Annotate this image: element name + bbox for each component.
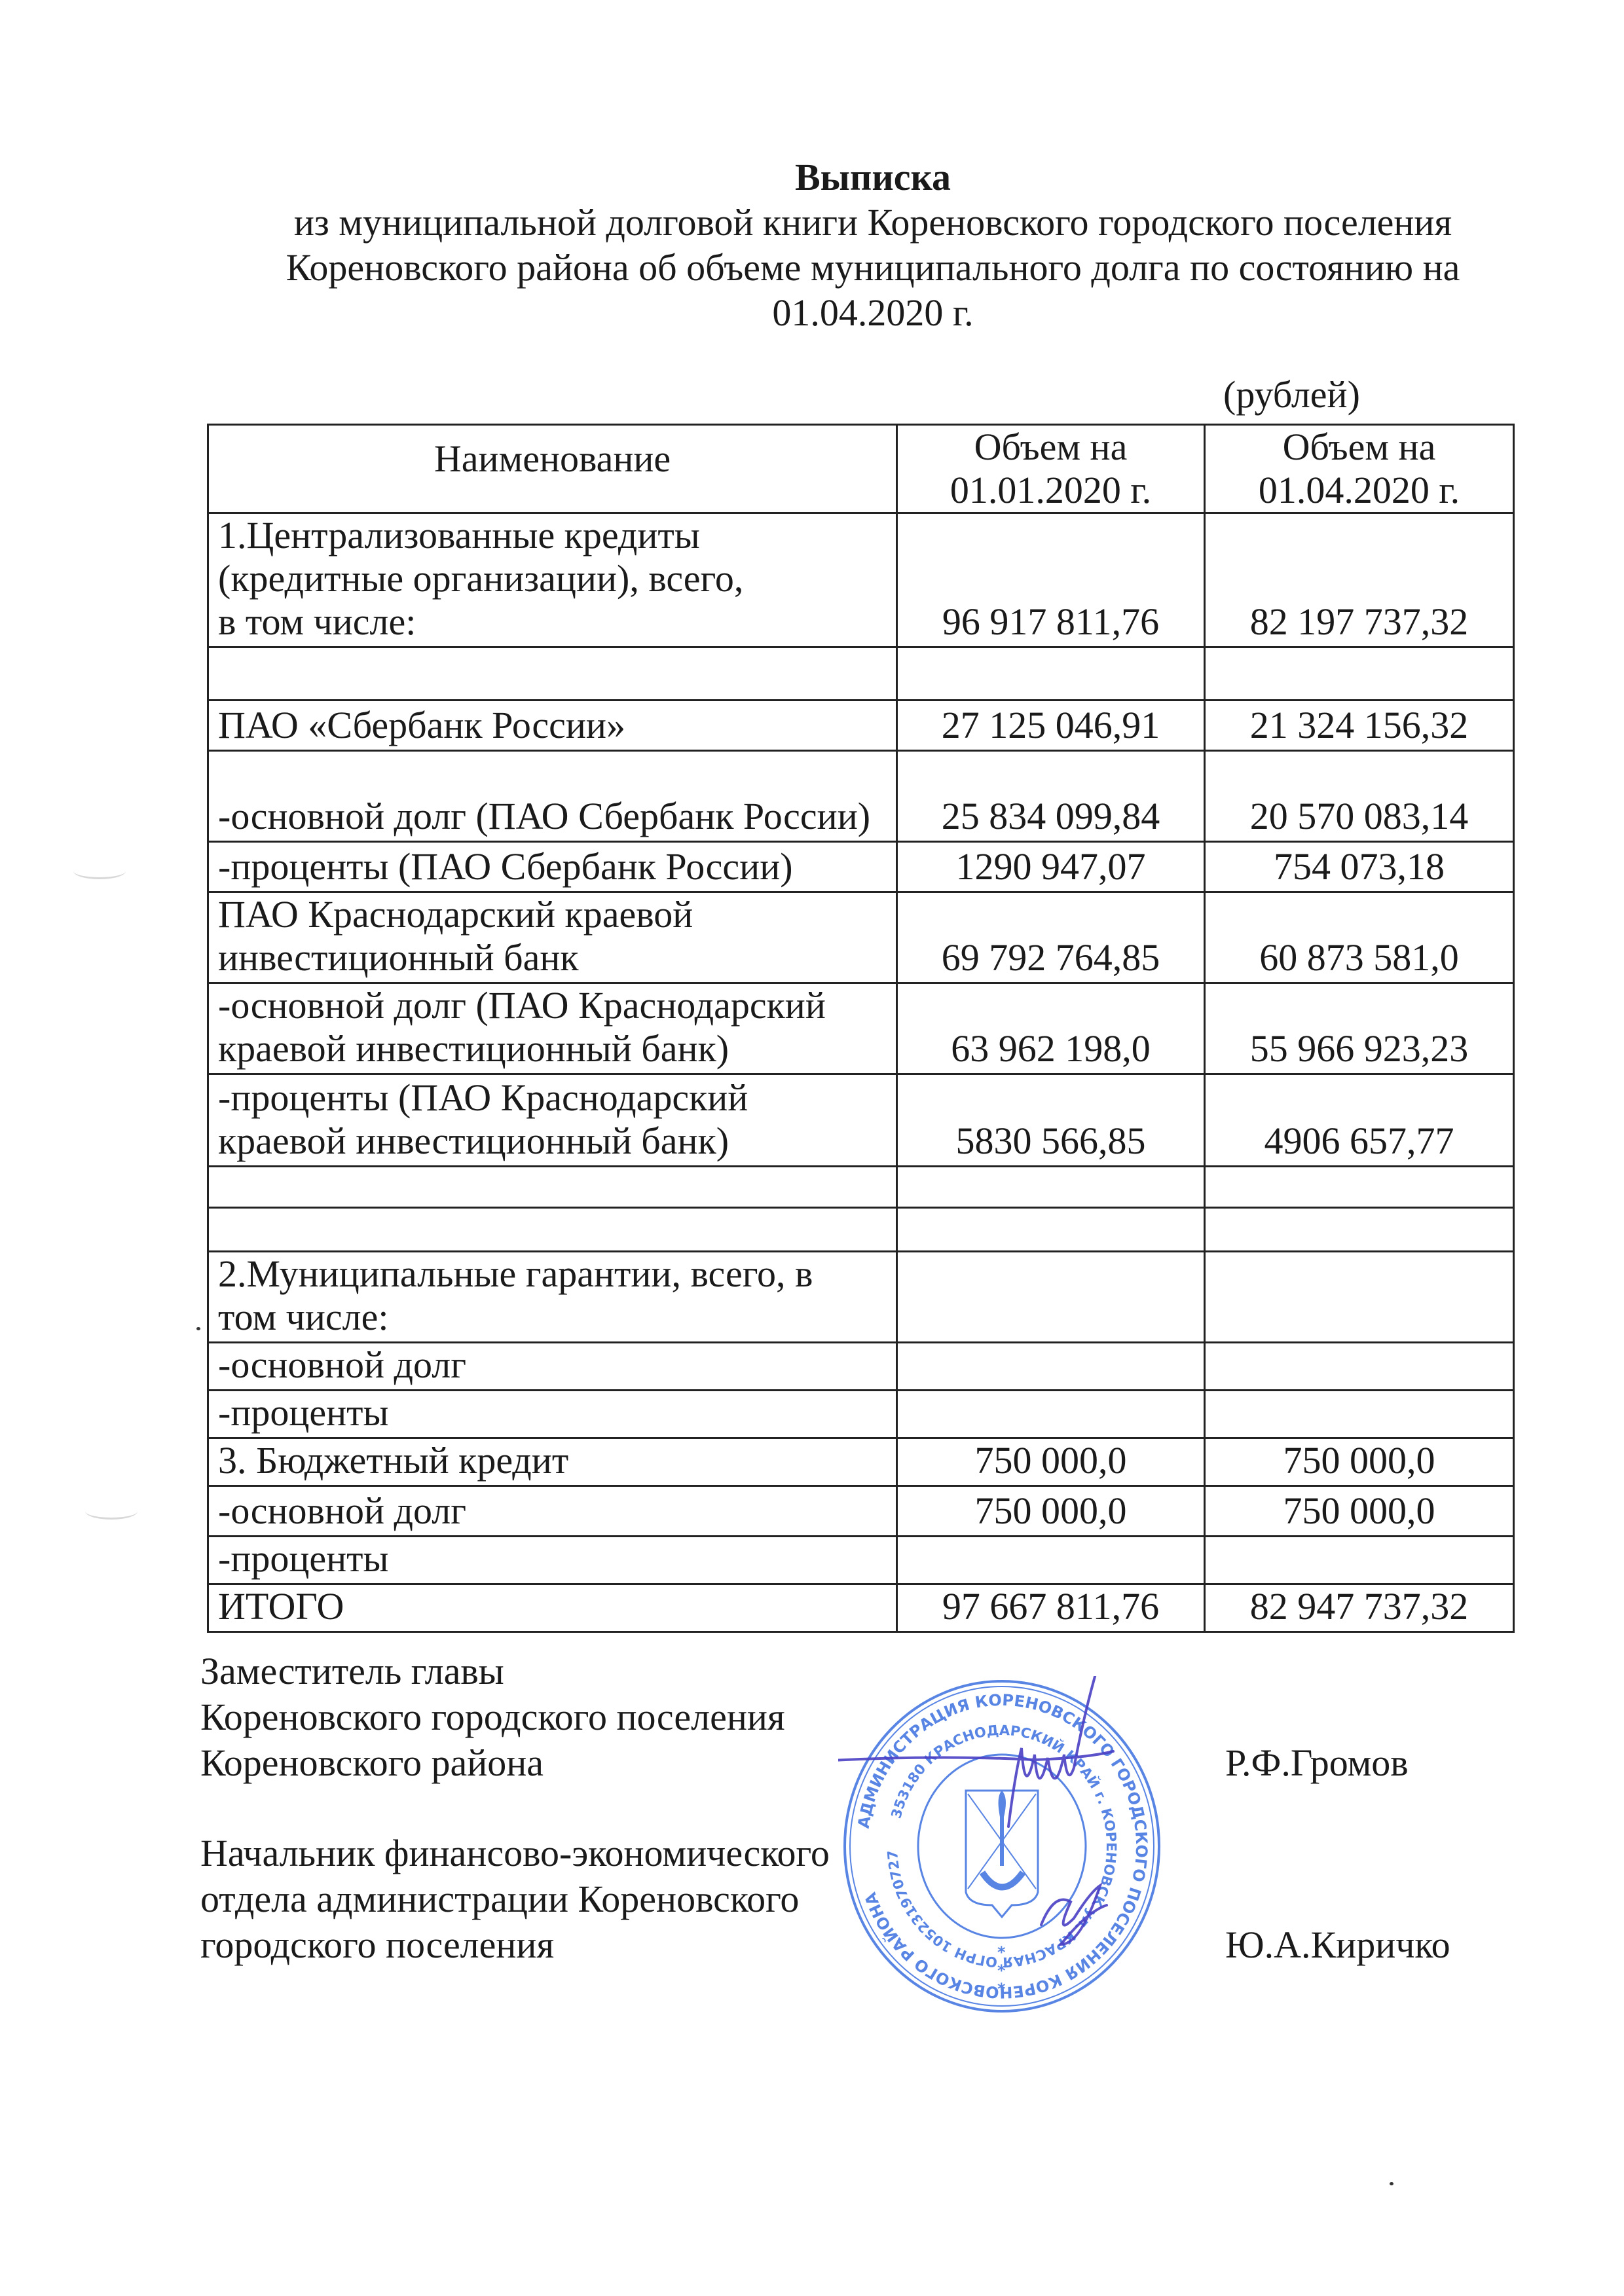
value-apr-2020: 21 324 156,32	[1205, 701, 1514, 751]
table-row: 1.Централизованные кредиты(кредитные орг…	[208, 513, 1514, 647]
value-apr-2020: 60 873 581,0	[1205, 892, 1514, 983]
row-name: -основной долг	[208, 1343, 897, 1391]
row-name-line: ПАО Краснодарский краевой	[218, 893, 889, 936]
signer-name-gromov: Р.Ф.Громов	[1225, 1740, 1409, 1786]
row-name-line: -основной долг (ПАО Краснодарский	[218, 984, 889, 1027]
row-name: 3. Бюджетный кредит	[208, 1438, 897, 1486]
table-row	[208, 1167, 1514, 1208]
value-jan-2020	[897, 1391, 1205, 1438]
row-name-line: в том числе:	[218, 600, 889, 644]
row-name-line: (кредитные организации), всего,	[218, 557, 889, 600]
scan-speck	[196, 1327, 200, 1330]
value-apr-2020	[1205, 1391, 1514, 1438]
value-jan-2020: 63 962 198,0	[897, 983, 1205, 1074]
value-apr-2020	[1205, 1252, 1514, 1343]
value-jan-2020	[897, 1343, 1205, 1391]
table-row	[208, 647, 1514, 701]
value-apr-2020	[1205, 1167, 1514, 1208]
value-apr-2020: 55 966 923,23	[1205, 983, 1514, 1074]
value-jan-2020	[897, 1252, 1205, 1343]
value-apr-2020: 82 947 737,32	[1205, 1584, 1514, 1632]
row-name-line: том числе:	[218, 1296, 889, 1339]
value-apr-2020: 754 073,18	[1205, 842, 1514, 892]
row-name: -основной долг	[208, 1486, 897, 1537]
table-row: ПАО «Сбербанк России»27 125 046,9121 324…	[208, 701, 1514, 751]
table-row: 3. Бюджетный кредит750 000,0750 000,0	[208, 1438, 1514, 1486]
row-name-line: краевой инвестиционный банк)	[218, 1120, 889, 1163]
row-name: -проценты (ПАО Краснодарскийкраевой инве…	[208, 1074, 897, 1167]
row-name-line: 2.Муниципальные гарантии, всего, в	[218, 1252, 889, 1296]
column-header-name: Наименование	[208, 425, 897, 513]
table-row: ИТОГО97 667 811,7682 947 737,32	[208, 1584, 1514, 1632]
value-jan-2020: 27 125 046,91	[897, 701, 1205, 751]
table-row: -основной долг (ПАО Сбербанк России)25 8…	[208, 751, 1514, 842]
value-jan-2020: 1290 947,07	[897, 842, 1205, 892]
value-jan-2020: 96 917 811,76	[897, 513, 1205, 647]
document-date: 01.04.2020 г.	[262, 290, 1484, 335]
signature-block-finance-head: Начальник финансово-экономического отдел…	[200, 1831, 830, 1968]
row-name: ПАО Краснодарский краевойинвестиционный …	[208, 892, 897, 983]
table-row: ПАО Краснодарский краевойинвестиционный …	[208, 892, 1514, 983]
column-header-volume-jan: Объем на 01.01.2020 г.	[897, 425, 1205, 513]
row-name	[208, 1208, 897, 1252]
row-name-line: -проценты	[218, 1537, 889, 1580]
row-name: 1.Централизованные кредиты(кредитные орг…	[208, 513, 897, 647]
document-header: Выписка из муниципальной долговой книги …	[262, 155, 1484, 335]
row-name: -основной долг (ПАО Сбербанк России)	[208, 751, 897, 842]
row-name-line: -основной долг (ПАО Сбербанк России)	[218, 795, 889, 838]
value-jan-2020	[897, 1167, 1205, 1208]
hole-punch-mark	[85, 1503, 138, 1520]
row-name-line: -проценты	[218, 1391, 889, 1434]
value-jan-2020	[897, 1208, 1205, 1252]
value-apr-2020: 82 197 737,32	[1205, 513, 1514, 647]
signer-name-kirichko: Ю.А.Киричко	[1225, 1922, 1450, 1968]
row-name: ИТОГО	[208, 1584, 897, 1632]
document-title: Выписка	[262, 155, 1484, 200]
table-row: -проценты (ПАО Сбербанк России)1290 947,…	[208, 842, 1514, 892]
row-name-line: -проценты (ПАО Краснодарский	[218, 1076, 889, 1120]
table-row: -основной долг (ПАО Краснодарскийкраевой…	[208, 983, 1514, 1074]
row-name	[208, 647, 897, 701]
row-name: -проценты	[208, 1391, 897, 1438]
units-label: (рублей)	[1223, 372, 1360, 417]
row-name-line: 1.Централизованные кредиты	[218, 514, 889, 557]
debt-table: Наименование Объем на 01.01.2020 г. Объе…	[207, 424, 1515, 1633]
svg-text:*: *	[997, 1961, 1006, 1980]
row-name: 2.Муниципальные гарантии, всего, втом чи…	[208, 1252, 897, 1343]
svg-text:*: *	[997, 1980, 1006, 1998]
value-apr-2020: 20 570 083,14	[1205, 751, 1514, 842]
header-line: 01.01.2020 г.	[950, 469, 1151, 511]
value-jan-2020	[897, 1537, 1205, 1584]
row-name: ПАО «Сбербанк России»	[208, 701, 897, 751]
value-apr-2020	[1205, 1537, 1514, 1584]
row-name: -проценты	[208, 1537, 897, 1584]
header-line: Объем на	[1283, 426, 1436, 468]
svg-text:*: *	[997, 1943, 1006, 1961]
table-header-row: Наименование Объем на 01.01.2020 г. Объе…	[208, 425, 1514, 513]
table-row: -проценты	[208, 1537, 1514, 1584]
signer-position-line: Кореновского района	[200, 1740, 785, 1786]
signer-position-line: Начальник финансово-экономического	[200, 1831, 830, 1876]
value-apr-2020: 4906 657,77	[1205, 1074, 1514, 1167]
value-jan-2020: 97 667 811,76	[897, 1584, 1205, 1632]
value-jan-2020: 5830 566,85	[897, 1074, 1205, 1167]
value-apr-2020	[1205, 647, 1514, 701]
value-jan-2020	[897, 647, 1205, 701]
table-row: -проценты	[208, 1391, 1514, 1438]
document-subtitle-line: Кореновского района об объеме муниципаль…	[262, 245, 1484, 290]
value-jan-2020: 69 792 764,85	[897, 892, 1205, 983]
row-name: -основной долг (ПАО Краснодарскийкраевой…	[208, 983, 897, 1074]
value-apr-2020	[1205, 1208, 1514, 1252]
row-name	[208, 1167, 897, 1208]
value-apr-2020	[1205, 1343, 1514, 1391]
value-jan-2020: 750 000,0	[897, 1486, 1205, 1537]
value-apr-2020: 750 000,0	[1205, 1438, 1514, 1486]
signer-position-line: городского поселения	[200, 1922, 830, 1968]
row-name-line: -основной долг	[218, 1343, 889, 1387]
hole-punch-mark	[73, 863, 126, 879]
row-name: -проценты (ПАО Сбербанк России)	[208, 842, 897, 892]
table-row: 2.Муниципальные гарантии, всего, втом чи…	[208, 1252, 1514, 1343]
row-name-line: ПАО «Сбербанк России»	[218, 704, 889, 747]
value-jan-2020: 750 000,0	[897, 1438, 1205, 1486]
row-name-line: -проценты (ПАО Сбербанк России)	[218, 845, 889, 888]
scan-speck	[1390, 2182, 1393, 2185]
header-line: Объем на	[974, 426, 1128, 468]
value-jan-2020: 25 834 099,84	[897, 751, 1205, 842]
column-header-volume-apr: Объем на 01.04.2020 г.	[1205, 425, 1514, 513]
signer-position-line: Кореновского городского поселения	[200, 1694, 785, 1740]
row-name-line: -основной долг	[218, 1489, 889, 1533]
signer-position-line: Заместитель главы	[200, 1649, 785, 1694]
signer-position-line: отдела администрации Кореновского	[200, 1876, 830, 1922]
table-row: -проценты (ПАО Краснодарскийкраевой инве…	[208, 1074, 1514, 1167]
row-name-line: инвестиционный банк	[218, 936, 889, 979]
row-name-line: ИТОГО	[218, 1585, 889, 1628]
row-name-line: 3. Бюджетный кредит	[218, 1439, 889, 1482]
document-subtitle-line: из муниципальной долговой книги Кореновс…	[262, 200, 1484, 245]
header-line: 01.04.2020 г.	[1259, 469, 1460, 511]
value-apr-2020: 750 000,0	[1205, 1486, 1514, 1537]
table-row: -основной долг750 000,0750 000,0	[208, 1486, 1514, 1537]
table-row: -основной долг	[208, 1343, 1514, 1391]
official-stamp-icon: АДМИНИСТРАЦИЯ КОРЕНОВСКОГО ГОРОДСКОГО ПО…	[838, 1676, 1166, 2016]
row-name-line: краевой инвестиционный банк)	[218, 1027, 889, 1070]
signature-block-deputy-head: Заместитель главы Кореновского городског…	[200, 1649, 785, 1786]
table-row	[208, 1208, 1514, 1252]
